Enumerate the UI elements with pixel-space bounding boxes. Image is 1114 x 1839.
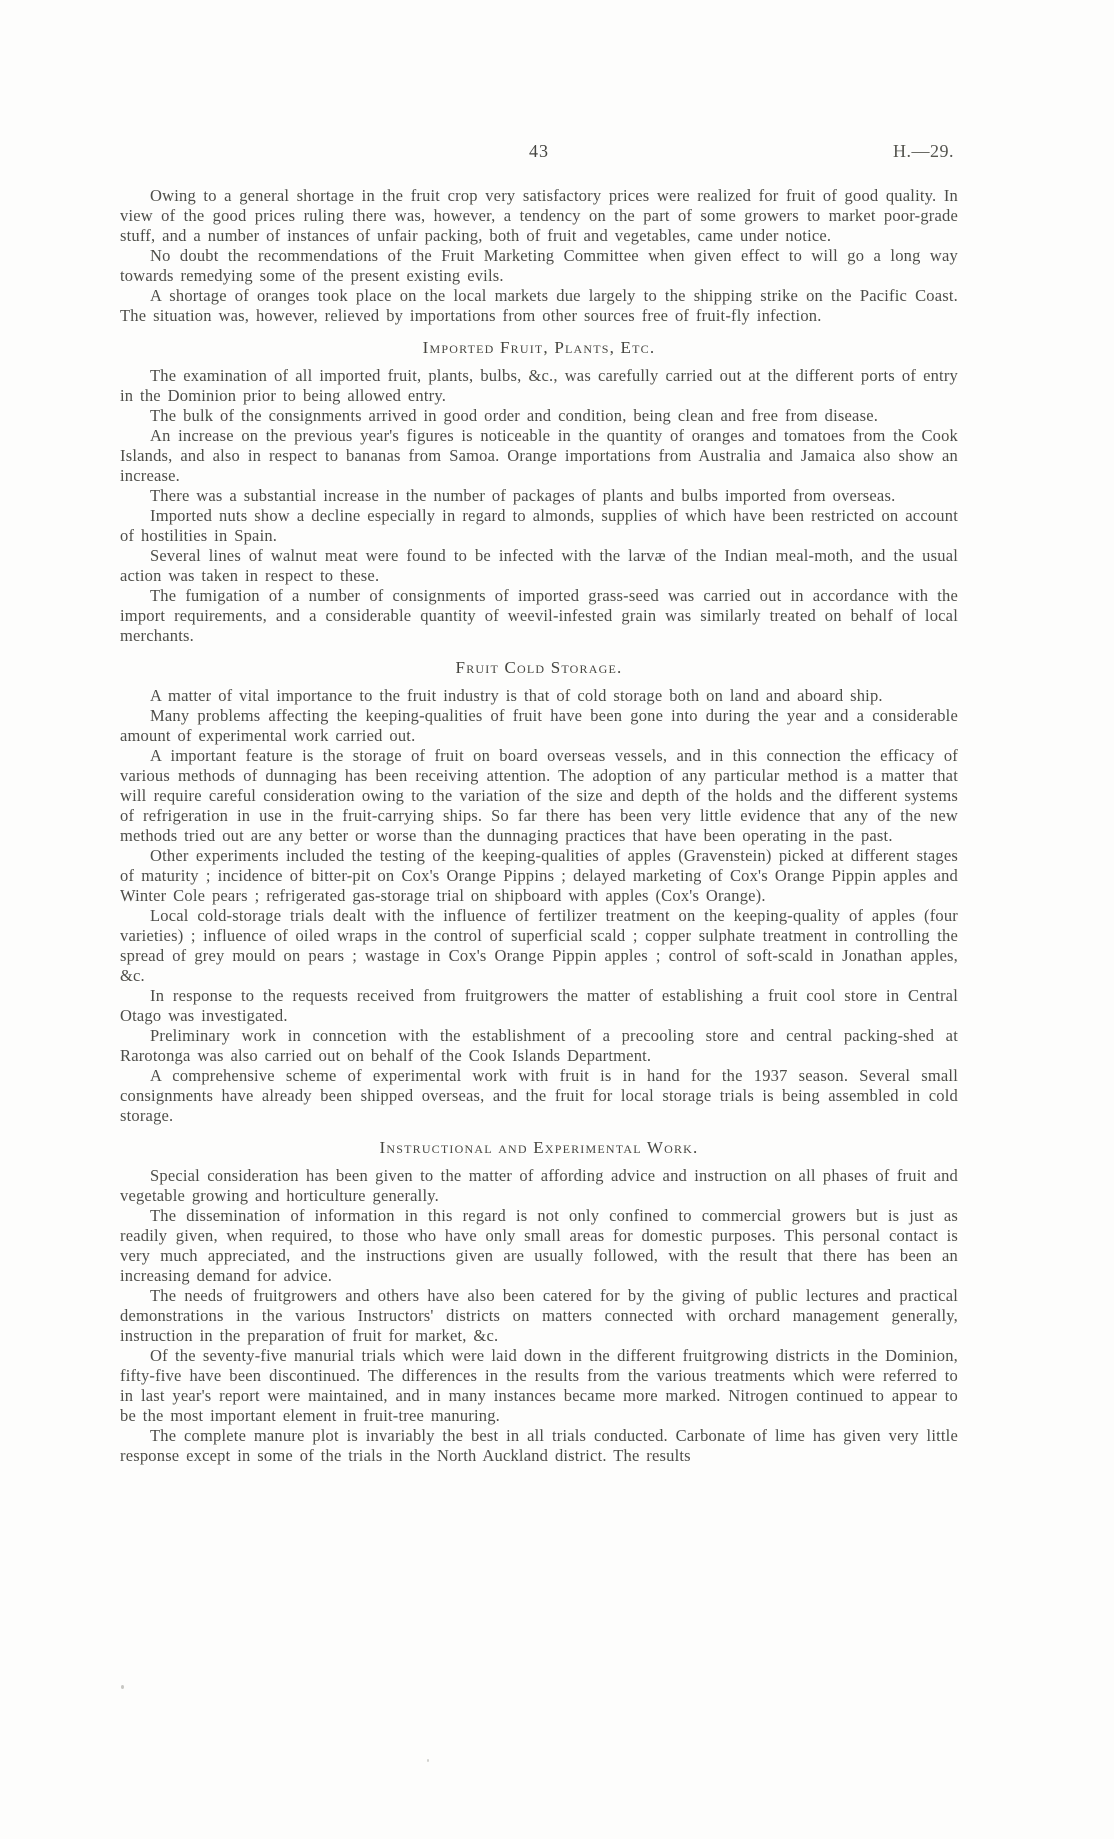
- paragraph: Local cold-storage trials dealt with the…: [120, 906, 958, 986]
- scan-speck: [427, 1759, 429, 1762]
- paragraph: Many problems affecting the keeping-qual…: [120, 706, 958, 746]
- paragraph: A important feature is the storage of fr…: [120, 746, 958, 846]
- page-number: 43: [120, 141, 958, 162]
- paragraph: Of the seventy-five manurial trials whic…: [120, 1346, 958, 1426]
- paragraph: No doubt the recommendations of the Frui…: [120, 246, 958, 286]
- paragraph: The examination of all imported fruit, p…: [120, 366, 958, 406]
- paragraph: Owing to a general shortage in the fruit…: [120, 186, 958, 246]
- page-header: 43 H.—29.: [120, 141, 958, 165]
- document-body: Owing to a general shortage in the fruit…: [120, 186, 958, 1466]
- paragraph: There was a substantial increase in the …: [120, 486, 958, 506]
- section-heading-imported-fruit: Imported Fruit, Plants, Etc.: [120, 338, 958, 358]
- report-code: H.—29.: [893, 141, 954, 162]
- paragraph: Several lines of walnut meat were found …: [120, 546, 958, 586]
- document-page: 43 H.—29. Owing to a general shortage in…: [0, 0, 1114, 1839]
- paragraph: The fumigation of a number of consignmen…: [120, 586, 958, 646]
- paragraph: A comprehensive scheme of experimental w…: [120, 1066, 958, 1126]
- paragraph: The needs of fruitgrowers and others hav…: [120, 1286, 958, 1346]
- section-heading-instructional-work: Instructional and Experimental Work.: [120, 1138, 958, 1158]
- paragraph: Special consideration has been given to …: [120, 1166, 958, 1206]
- scan-speck: [121, 1685, 124, 1689]
- paragraph: Other experiments included the testing o…: [120, 846, 958, 906]
- section-heading-fruit-cold-storage: Fruit Cold Storage.: [120, 658, 958, 678]
- paragraph: A shortage of oranges took place on the …: [120, 286, 958, 326]
- paragraph: A matter of vital importance to the frui…: [120, 686, 958, 706]
- paragraph: The complete manure plot is invariably t…: [120, 1426, 958, 1466]
- paragraph: The bulk of the consignments arrived in …: [120, 406, 958, 426]
- paragraph: Preliminary work in conncetion with the …: [120, 1026, 958, 1066]
- paragraph: Imported nuts show a decline especially …: [120, 506, 958, 546]
- paragraph: An increase on the previous year's figur…: [120, 426, 958, 486]
- paragraph: The dissemination of information in this…: [120, 1206, 958, 1286]
- paragraph: In response to the requests received fro…: [120, 986, 958, 1026]
